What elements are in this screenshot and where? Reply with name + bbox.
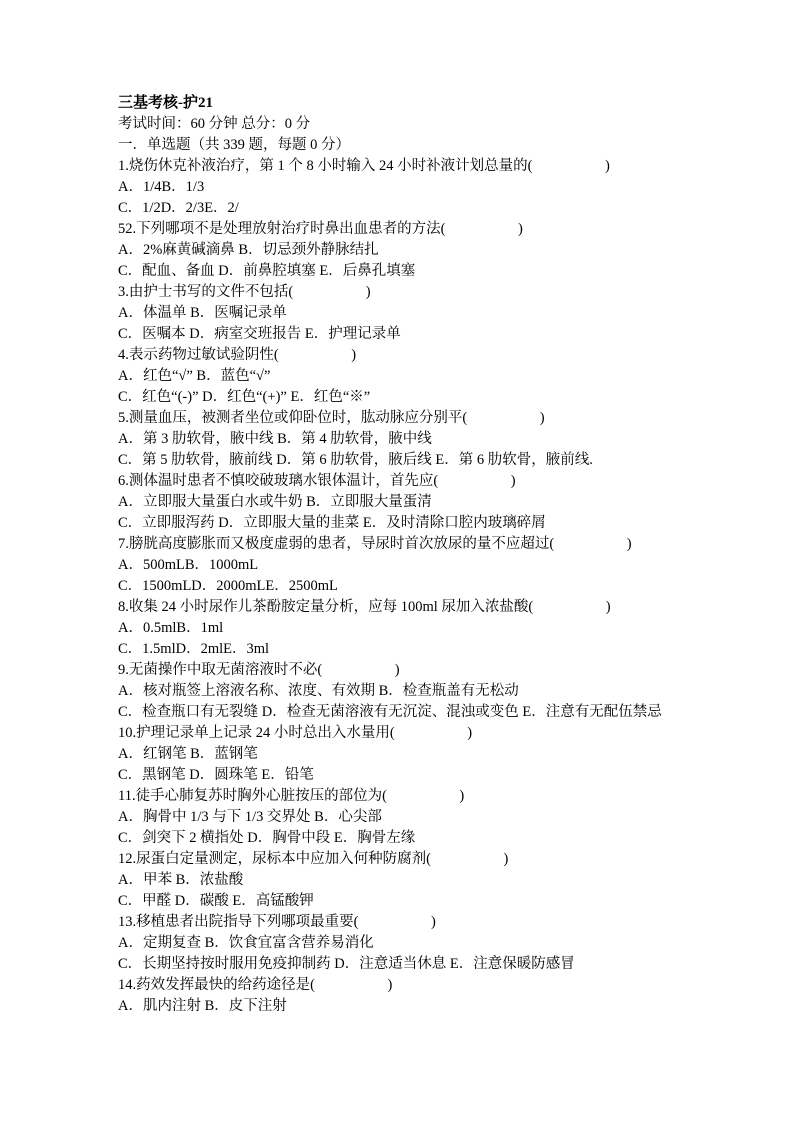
question-block: 13.移植患者出院指导下列哪项最重要( ) A．定期复查 B．饮食宜富含营养易消… [118, 912, 714, 975]
question-block: 4.表示药物过敏试验阴性( ) A．红色“√” B．蓝色“√”C．红色“(-)”… [118, 345, 714, 408]
option-line: A．体温单 B．医嘱记录单 [118, 303, 714, 324]
question-list: 1.烧伤休克补液治疗，第 1 个 8 小时输入 24 小时补液计划总量的( ) … [118, 156, 714, 1017]
question-stem: 3.由护士书写的文件不包括( ) [118, 282, 714, 303]
option-line: A．1/4B．1/3 [118, 177, 714, 198]
question-stem: 14.药效发挥最快的给药途径是( ) [118, 975, 714, 996]
option-line: C．红色“(-)” D．红色“(+)” E．红色“※” [118, 387, 714, 408]
option-line: A．肌内注射 B．皮下注射 [118, 996, 714, 1017]
option-line: C．第 5 肋软骨，腋前线 D．第 6 肋软骨，腋后线 E．第 6 肋软骨，腋前… [118, 450, 714, 471]
question-block: 6.测体温时患者不慎咬破玻璃水银体温计，首先应( ) A．立即服大量蛋白水或牛奶… [118, 471, 714, 534]
option-line: A．甲苯 B．浓盐酸 [118, 870, 714, 891]
option-line: C．1500mLD．2000mLE．2500mL [118, 576, 714, 597]
question-block: 3.由护士书写的文件不包括( ) A．体温单 B．医嘱记录单C．医嘱本 D．病室… [118, 282, 714, 345]
option-line: C．黑钢笔 D．圆珠笔 E．铅笔 [118, 765, 714, 786]
option-line: C．立即服泻药 D．立即服大量的韭菜 E．及时清除口腔内玻璃碎屑 [118, 513, 714, 534]
option-line: C．1.5mlD．2mlE．3ml [118, 639, 714, 660]
question-stem: 12.尿蛋白定量测定，尿标本中应加入何种防腐剂( ) [118, 849, 714, 870]
question-stem: 7.膀胱高度膨胀而又极度虚弱的患者，导尿时首次放尿的量不应超过( ) [118, 534, 714, 555]
question-block: 10.护理记录单上记录 24 小时总出入水量用( ) A．红钢笔 B．蓝钢笔C．… [118, 723, 714, 786]
question-block: 9.无菌操作中取无菌溶液时不必( ) A．核对瓶签上溶液名称、浓度、有效期 B．… [118, 660, 714, 723]
option-line: A．红钢笔 B．蓝钢笔 [118, 744, 714, 765]
option-line: A．2%麻黄碱滴鼻 B．切忌颈外静脉结扎 [118, 240, 714, 261]
question-block: 5.测量血压，被测者坐位或仰卧位时，肱动脉应分别平( ) A．第 3 肋软骨，腋… [118, 408, 714, 471]
question-stem: 6.测体温时患者不慎咬破玻璃水银体温计，首先应( ) [118, 471, 714, 492]
question-stem: 4.表示药物过敏试验阴性( ) [118, 345, 714, 366]
option-line: C．剑突下 2 横指处 D．胸骨中段 E．胸骨左缘 [118, 828, 714, 849]
question-stem: 1.烧伤休克补液治疗，第 1 个 8 小时输入 24 小时补液计划总量的( ) [118, 156, 714, 177]
section-heading: 一．单选题（共 339 题，每题 0 分） [118, 135, 714, 156]
question-block: 14.药效发挥最快的给药途径是( ) A．肌内注射 B．皮下注射 [118, 975, 714, 1017]
option-line: C．配血、备血 D．前鼻腔填塞 E．后鼻孔填塞 [118, 261, 714, 282]
question-stem: 5.测量血压，被测者坐位或仰卧位时，肱动脉应分别平( ) [118, 408, 714, 429]
option-line: A．第 3 肋软骨，腋中线 B．第 4 肋软骨，腋中线 [118, 429, 714, 450]
option-line: A．定期复查 B．饮食宜富含营养易消化 [118, 933, 714, 954]
option-line: C．检查瓶口有无裂缝 D．检查无菌溶液有无沉淀、混浊或变色 E．注意有无配伍禁忌 [118, 702, 714, 723]
question-stem: 52.下列哪项不是处理放射治疗时鼻出血患者的方法( ) [118, 219, 714, 240]
option-line: C．1/2D．2/3E．2/ [118, 198, 714, 219]
option-line: A．0.5mlB．1ml [118, 618, 714, 639]
option-line: C．甲醛 D．碳酸 E．高锰酸钾 [118, 891, 714, 912]
option-line: A．红色“√” B．蓝色“√” [118, 366, 714, 387]
question-block: 7.膀胱高度膨胀而又极度虚弱的患者，导尿时首次放尿的量不应超过( ) A．500… [118, 534, 714, 597]
question-stem: 8.收集 24 小时尿作儿茶酚胺定量分析，应每 100ml 尿加入浓盐酸( ) [118, 597, 714, 618]
document-title: 三基考核-护21 [118, 93, 714, 114]
question-block: 12.尿蛋白定量测定，尿标本中应加入何种防腐剂( ) A．甲苯 B．浓盐酸C．甲… [118, 849, 714, 912]
document-page: 三基考核-护21 考试时间：60 分钟 总分：0 分 一．单选题（共 339 题… [0, 0, 794, 1123]
question-stem: 9.无菌操作中取无菌溶液时不必( ) [118, 660, 714, 681]
exam-info: 考试时间：60 分钟 总分：0 分 [118, 114, 714, 135]
option-line: A．500mLB．1000mL [118, 555, 714, 576]
option-line: A．立即服大量蛋白水或牛奶 B．立即服大量蛋清 [118, 492, 714, 513]
option-line: A．核对瓶签上溶液名称、浓度、有效期 B．检查瓶盖有无松动 [118, 681, 714, 702]
option-line: A．胸骨中 1/3 与下 1/3 交界处 B．心尖部 [118, 807, 714, 828]
option-line: C．长期坚持按时服用免疫抑制药 D．注意适当休息 E．注意保暖防感冒 [118, 954, 714, 975]
question-stem: 10.护理记录单上记录 24 小时总出入水量用( ) [118, 723, 714, 744]
option-line: C．医嘱本 D．病室交班报告 E．护理记录单 [118, 324, 714, 345]
question-stem: 13.移植患者出院指导下列哪项最重要( ) [118, 912, 714, 933]
question-stem: 11.徒手心肺复苏时胸外心脏按压的部位为( ) [118, 786, 714, 807]
question-block: 1.烧伤休克补液治疗，第 1 个 8 小时输入 24 小时补液计划总量的( ) … [118, 156, 714, 219]
question-block: 11.徒手心肺复苏时胸外心脏按压的部位为( ) A．胸骨中 1/3 与下 1/3… [118, 786, 714, 849]
question-block: 8.收集 24 小时尿作儿茶酚胺定量分析，应每 100ml 尿加入浓盐酸( ) … [118, 597, 714, 660]
question-block: 52.下列哪项不是处理放射治疗时鼻出血患者的方法( ) A．2%麻黄碱滴鼻 B．… [118, 219, 714, 282]
